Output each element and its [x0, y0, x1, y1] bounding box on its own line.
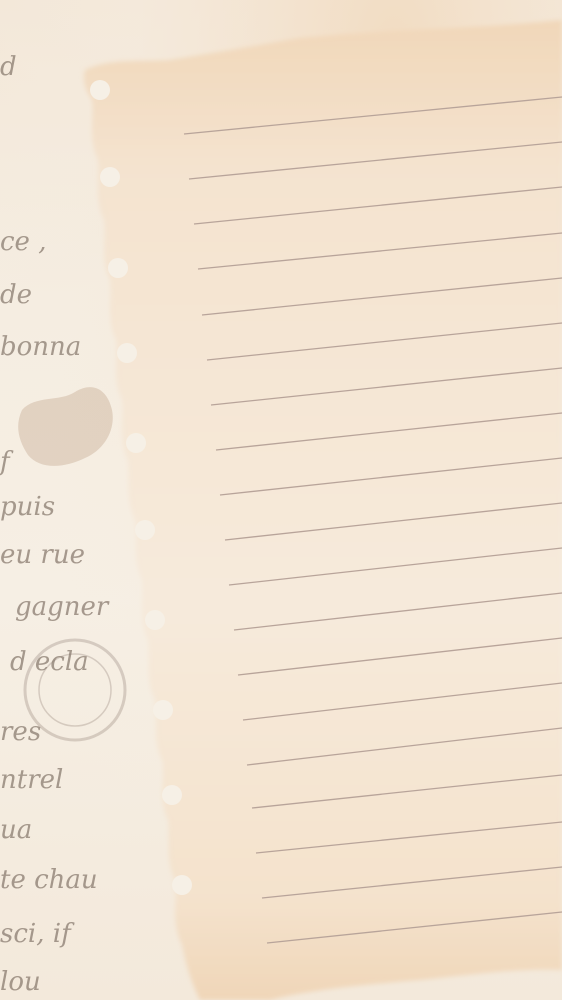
ruled-lines	[0, 0, 562, 1000]
wallpaper: d ce , de bonna f puis eu rue gagner d e…	[0, 0, 562, 1000]
